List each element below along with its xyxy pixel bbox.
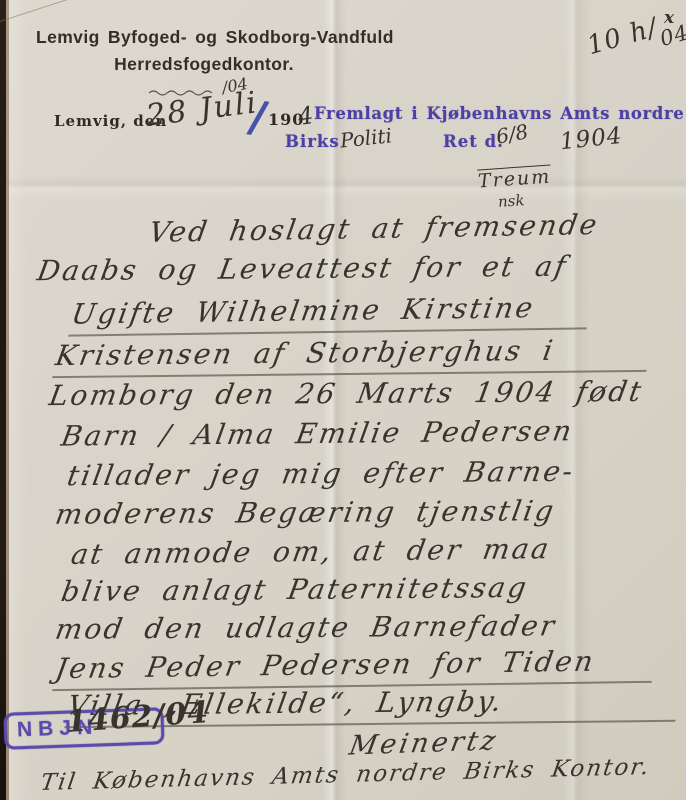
body-line-4: Kristensen af Storbjerghus i [52, 333, 652, 378]
corner-crease [0, 0, 103, 26]
signature: Meinertz [347, 725, 501, 761]
body-line-8: moderens Begæring tjenstlig [53, 494, 558, 530]
scanned-document-page: Lemvig Byfoged- og Skodborg-Vandfuld Her… [0, 0, 686, 800]
date-handwritten-year-digit: 4 [296, 101, 315, 131]
filing-stamp-ret-d: Ret d. [443, 132, 504, 151]
body-line-6: Barn / Alma Emilie Pedersen [59, 414, 576, 452]
body-line-3: Ugifte Wilhelmine Kirstine [68, 290, 592, 336]
filing-stamp-year-handwritten: 1904 [559, 123, 624, 155]
x-mark: x [664, 8, 674, 28]
letterhead-line2: Herredsfogedkontor. [36, 51, 372, 78]
filing-stamp-birks: Birks [285, 132, 340, 151]
body-line-9: at anmode om, at der maa [69, 532, 554, 571]
filing-stamp-line1: Fremlagt i Kjøbenhavns Amts nordre [314, 104, 684, 123]
body-line-11: mod den udlagte Barnefader [53, 609, 559, 645]
body-line-10: blive anlagt Paternitetssag [59, 571, 531, 608]
letterhead-line1: Lemvig Byfoged- og Skodborg-Vandfuld [36, 24, 372, 51]
letterhead: Lemvig Byfoged- og Skodborg-Vandfuld Her… [36, 24, 372, 78]
body-line-1: Ved hoslagt at fremsende [147, 208, 602, 249]
clerk-signature: Treum [477, 165, 552, 192]
address-line: Til Københavns Amts nordre Birks Kontor. [39, 754, 653, 796]
filing-stamp-court-handwritten: Politi [339, 123, 393, 152]
body-line-5: Lomborg den 26 Marts 1904 født [47, 375, 646, 412]
clerk-initials: nsk [497, 191, 525, 211]
journal-number-main: 10 h/ [584, 13, 661, 62]
body-line-7: tillader jeg mig efter Barne- [65, 455, 578, 492]
filing-stamp-date-handwritten: 6/8 [494, 119, 530, 148]
body-line-2: Daabs og Leveattest for et af [35, 250, 571, 288]
paper-edge-line [6, 0, 9, 800]
